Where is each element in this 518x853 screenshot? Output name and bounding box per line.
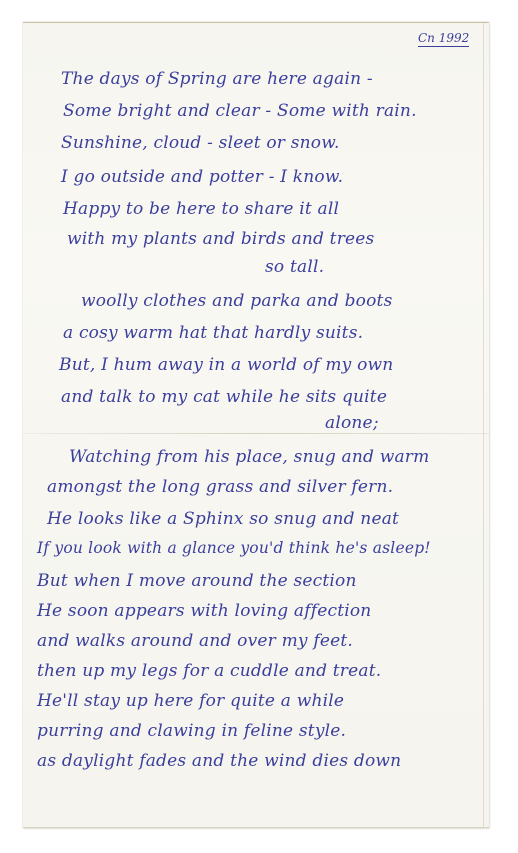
fold-crease-horizontal: [23, 433, 489, 434]
paper-sheet: Cn 1992 The days of Spring are here agai…: [23, 22, 489, 828]
poem-line: Sunshine, cloud - sleet or snow.: [61, 135, 340, 152]
poem-line: with my plants and birds and trees: [67, 231, 374, 248]
poem-line: woolly clothes and parka and boots: [81, 293, 393, 310]
poem-line: He looks like a Sphinx so snug and neat: [47, 511, 399, 528]
poem-line: He'll stay up here for quite a while: [37, 693, 344, 710]
poem-line: as daylight fades and the wind dies down: [37, 753, 401, 770]
poem-line: If you look with a glance you'd think he…: [37, 541, 431, 557]
poem-line: Watching from his place, snug and warm: [69, 449, 429, 466]
poem-line: amongst the long grass and silver fern.: [47, 479, 393, 496]
poem-line: then up my legs for a cuddle and treat.: [37, 663, 381, 680]
poem-line: alone;: [325, 415, 379, 432]
poem-line: and walks around and over my feet.: [37, 633, 353, 650]
fold-crease-vertical: [483, 23, 484, 827]
poem-line: I go outside and potter - I know.: [61, 169, 343, 186]
poem-line: so tall.: [265, 259, 324, 276]
poem-line: purring and clawing in feline style.: [37, 723, 346, 740]
poem-line: But, I hum away in a world of my own: [59, 357, 393, 374]
scanned-page: Cn 1992 The days of Spring are here agai…: [0, 0, 518, 853]
poem-line: But when I move around the section: [37, 573, 357, 590]
poem-line: a cosy warm hat that hardly suits.: [63, 325, 363, 342]
poem-line: The days of Spring are here again -: [61, 71, 373, 88]
date-note: Cn 1992: [418, 31, 469, 47]
poem-line: Some bright and clear - Some with rain.: [63, 103, 417, 120]
poem-line: and talk to my cat while he sits quite: [61, 389, 387, 406]
poem-line: He soon appears with loving affection: [37, 603, 371, 620]
poem-line: Happy to be here to share it all: [63, 201, 339, 218]
